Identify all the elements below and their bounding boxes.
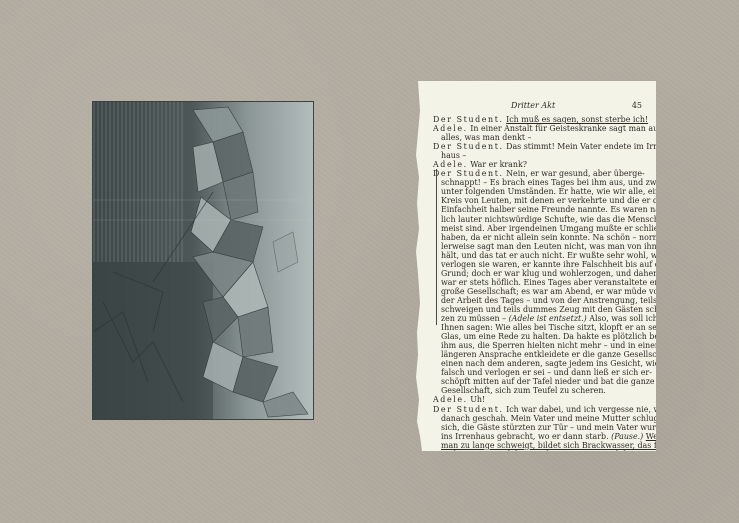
margin-mark-line xyxy=(436,169,437,325)
text-line: man zu lange schweigt, bildet sich Brack… xyxy=(433,441,642,450)
text-line: lerweise sagt man den Leuten nicht, was … xyxy=(433,242,642,251)
text-line: ins Irrenhaus gebracht, wo er dann starb… xyxy=(433,432,642,441)
text-line: der Arbeit des Tages – und von der Anstr… xyxy=(433,296,642,305)
text-line: schweigen und teils dummes Zeug mit den … xyxy=(433,305,642,314)
text-line: Der Student. Das stimmt! Mein Vater ende… xyxy=(433,142,642,151)
underlined-passage: Wenn xyxy=(646,432,668,441)
text-line: Der Student. Ich war dabei, und ich verg… xyxy=(433,405,642,414)
text-line: längeren Ansprache entkleidete er die ga… xyxy=(433,350,642,359)
text-line: Grund; doch er war klug und wohlerzogen,… xyxy=(433,269,642,278)
running-head: Dritter Akt 45 xyxy=(433,101,642,115)
underlined-passage: man zu lange schweigt, bildet sich Brack… xyxy=(441,441,675,450)
text-line: Adele. War er krank? xyxy=(433,160,642,169)
text-line: schöpft mitten auf der Tafel nieder und … xyxy=(433,377,642,386)
text-line: haben, da er nicht allein sein konnte. N… xyxy=(433,233,642,242)
text-line: Glas, um eine Rede zu halten. Da hakte e… xyxy=(433,332,642,341)
text-line: falsch und verlogen er sei – und dann li… xyxy=(433,368,642,377)
underlined-passage: und so ist es auch hier in diesem Haus. … xyxy=(441,450,652,459)
book-page: Dritter Akt 45 Der Student. Ich muß es s… xyxy=(416,81,656,451)
text-line: schnappt! – Es brach eines Tages bei ihm… xyxy=(433,178,642,187)
text-line: Adele. Uh! xyxy=(433,395,642,404)
text-line: Der Student. Nein, er war gesund, aber ü… xyxy=(433,169,642,178)
act-title: Dritter Akt xyxy=(511,101,555,110)
text-line: zen zu müssen – (Adele ist entsetzt.) Al… xyxy=(433,314,642,323)
text-line: hält, und das tat er auch nicht. Er wußt… xyxy=(433,251,642,260)
text-line: große Gesellschaft; es war am Abend, er … xyxy=(433,287,642,296)
text-line: und so ist es auch hier in diesem Haus. … xyxy=(433,450,642,459)
text-line: lich lauter nichtswürdige Schufte, wie d… xyxy=(433,215,642,224)
text-line: sich, die Gäste stürzten zur Tür – und m… xyxy=(433,423,642,432)
text-line: war er stets höflich. Eines Tages aber v… xyxy=(433,278,642,287)
stage-direction: (Pause.) xyxy=(611,432,643,441)
artwork-drawing xyxy=(93,102,313,419)
text-line: unter folgenden Umständen. Er hatte, wie… xyxy=(433,187,642,196)
stage-direction: (Adele ist entsetzt.) xyxy=(509,314,587,323)
text-line: einen nach dem anderen, sagte jedem ins … xyxy=(433,359,642,368)
text-line: dies, als ich Sie zum erstenmal hier ein… xyxy=(433,468,642,477)
text-line: Einfachheit halber seine Freunde nannte.… xyxy=(433,205,642,214)
text-line: haus – xyxy=(433,151,642,160)
text-line: Kreis von Leuten, mit denen er verkehrte… xyxy=(433,196,642,205)
text-line: danach geschah. Mein Vater und meine Mut… xyxy=(433,414,642,423)
faceted-drawing-graphic xyxy=(93,102,313,419)
text-line: Der Student. Ich muß es sagen, sonst ste… xyxy=(433,115,642,124)
text-line: Adele. In einer Anstalt für Geisteskrank… xyxy=(433,124,642,133)
text-line: Ihnen sagen: Wie alles bei Tische sitzt,… xyxy=(433,323,642,332)
text-line: meist sind. Aber irgendeinen Umgang mußt… xyxy=(433,224,642,233)
underlined-passage: irgend etwas verfault! xyxy=(441,459,530,468)
page-text: Dritter Akt 45 Der Student. Ich muß es s… xyxy=(433,101,642,477)
text-line: Gesellschaft, sich zum Teufel zu scheren… xyxy=(433,386,642,395)
page-number: 45 xyxy=(632,101,642,110)
text-line: alles, was man denkt – xyxy=(433,133,642,142)
text-line: ihm aus, die Sperren hielten nicht mehr … xyxy=(433,341,642,350)
text-line: irgend etwas verfault! Und ich dachte, d… xyxy=(433,459,642,468)
text-line: verlogen sie waren, er kannte ihre Falsc… xyxy=(433,260,642,269)
